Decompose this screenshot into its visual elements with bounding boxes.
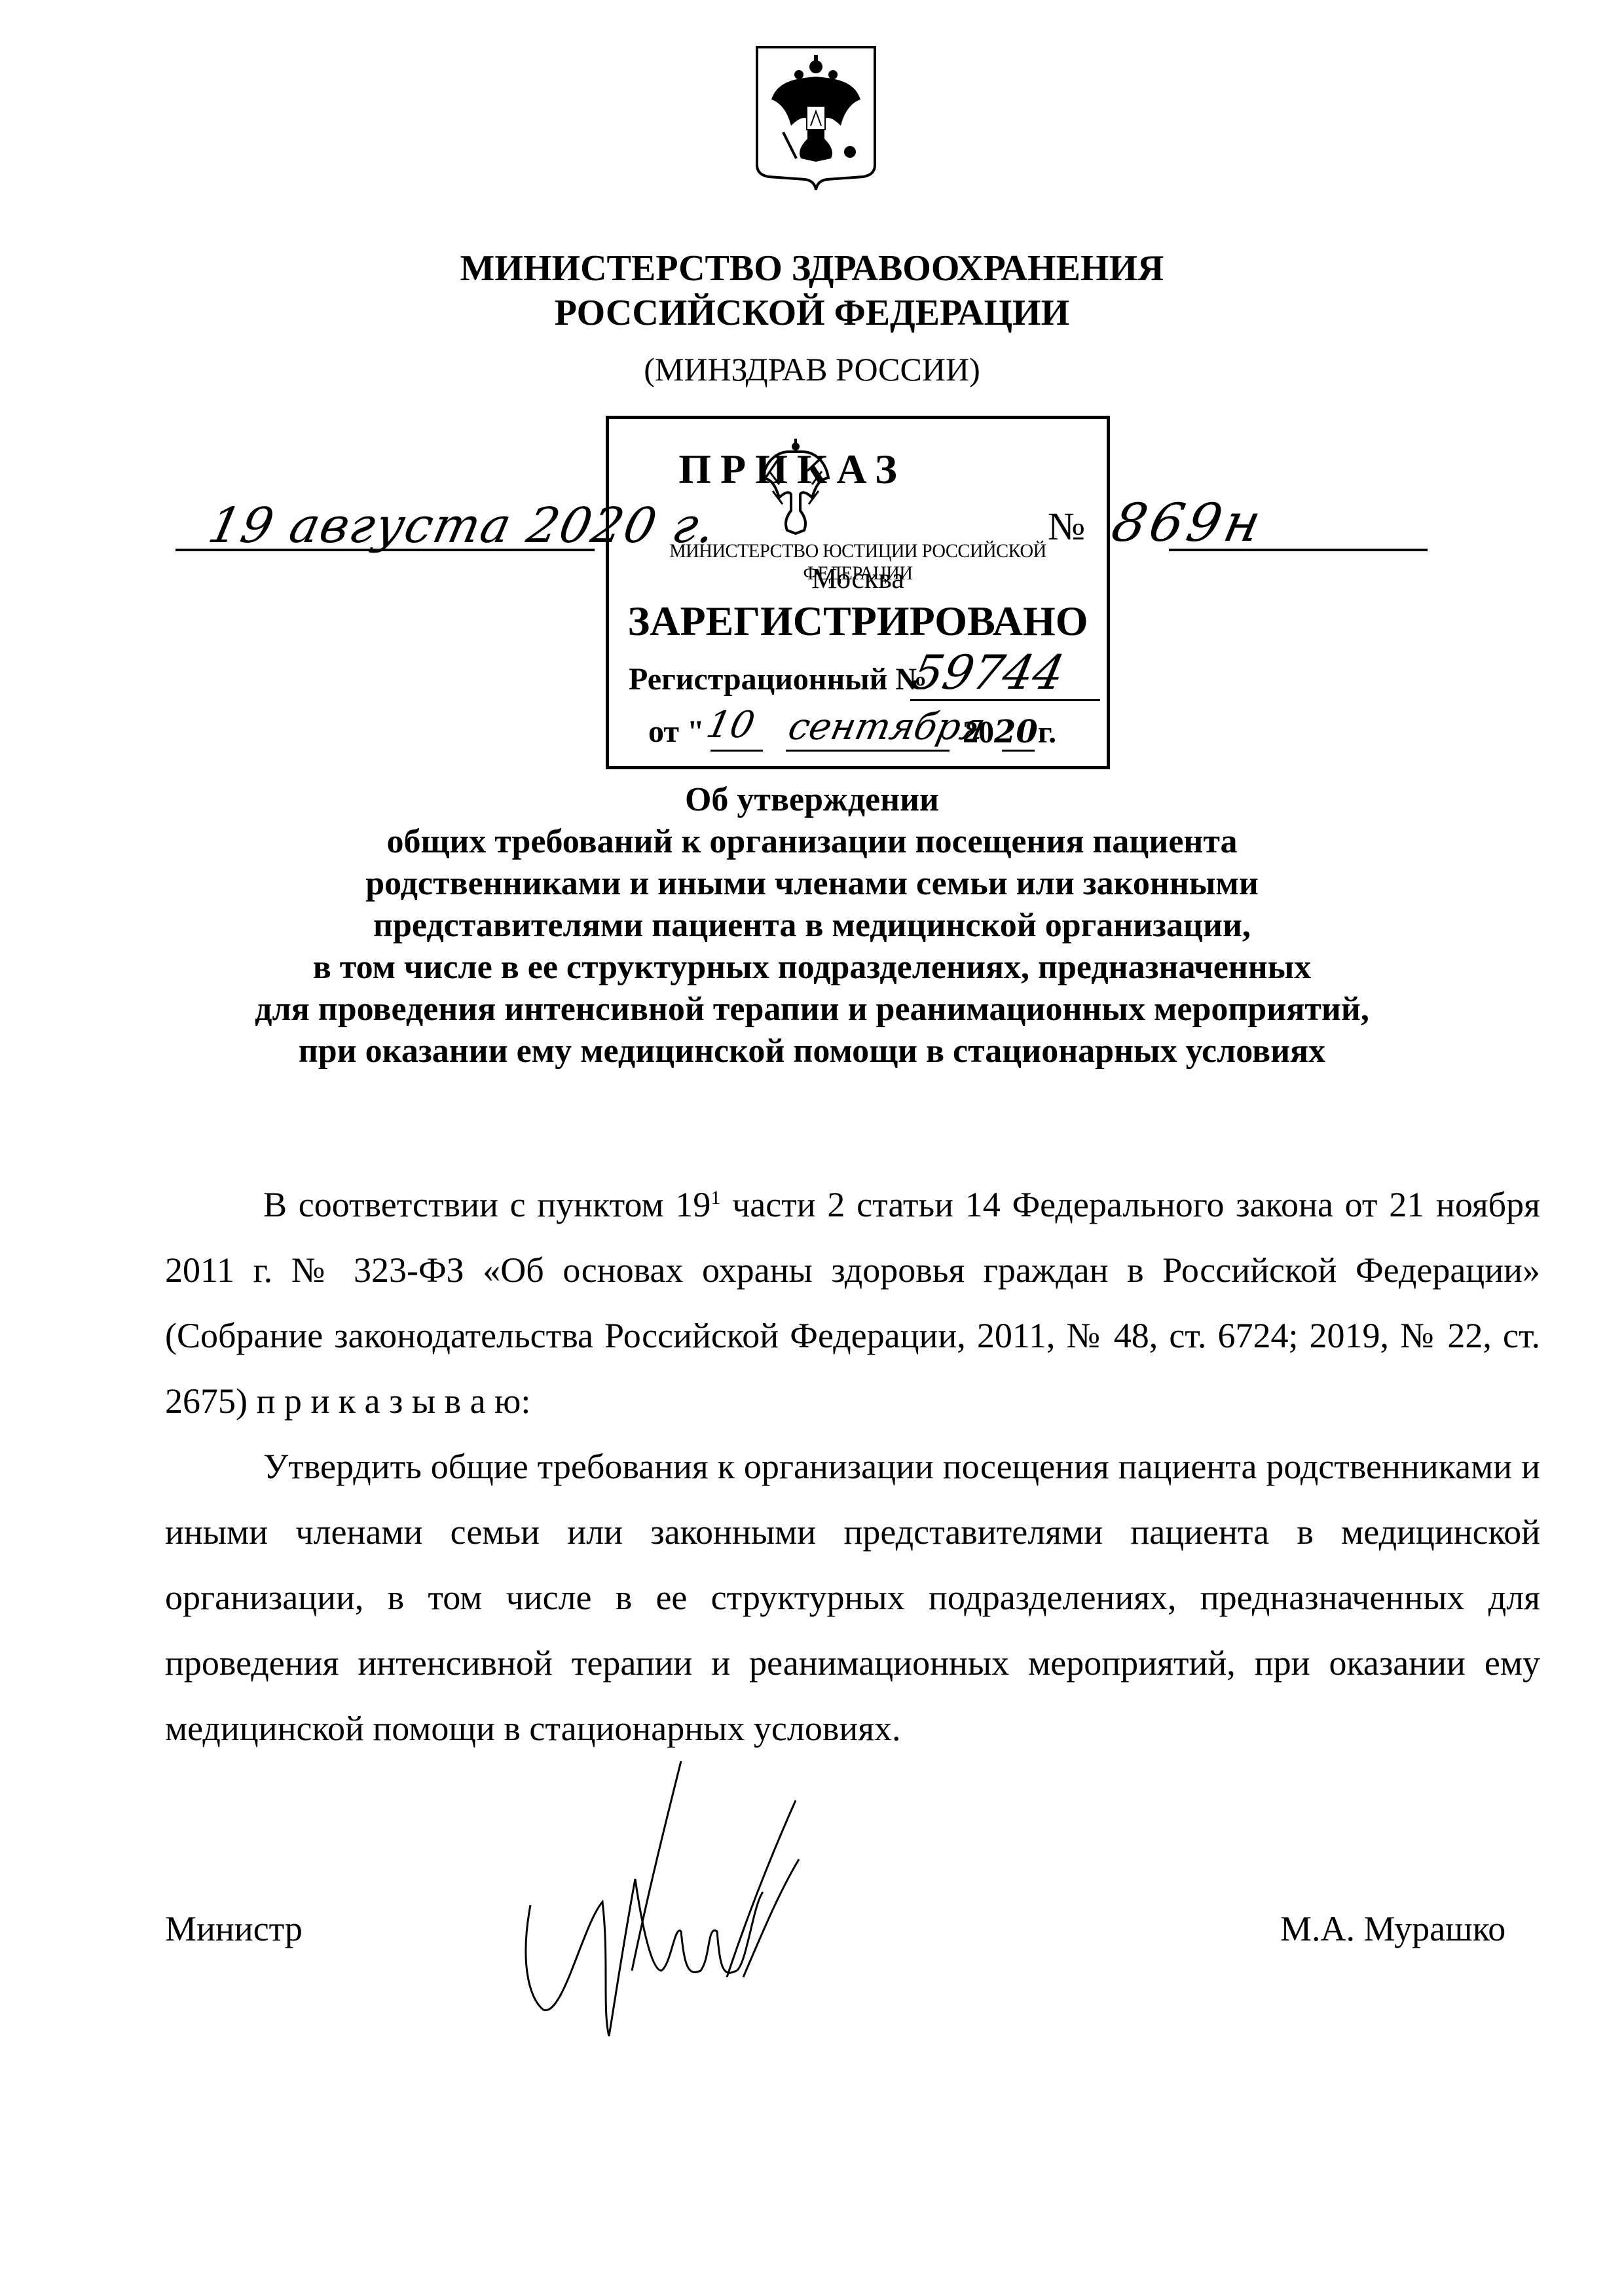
order-number-underline [1169,549,1428,551]
signature-icon [511,1761,877,2043]
body-paragraph-1: В соответствии с пунктом 191 части 2 ста… [165,1172,1540,1434]
title-line: для проведения интенсивной терапии и реа… [196,989,1428,1030]
para1-text-a: В соответствии с пунктом 19 [263,1185,710,1224]
organization-short-name: (МИНЗДРАВ РОССИИ) [0,350,1624,388]
stamp-eagle-icon [753,432,838,537]
stamp-year-g: г. [1038,715,1056,750]
title-line: представителями пациента в медицинской о… [196,905,1428,947]
signatory-role: Министр [165,1908,303,1949]
title-line: при оказании ему медицинской помощи в ст… [196,1030,1428,1072]
stamp-reg-number-label: Регистрационный № [629,661,927,697]
organization-name-line1: МИНИСТЕРСТВО ЗДРАВООХРАНЕНИЯ [0,246,1624,291]
stamp-city: Москва [609,562,1107,595]
stamp-reg-number: 59744 [908,645,1069,700]
stamp-year-underline [1002,750,1035,752]
para1-superscript: 1 [710,1187,720,1209]
stamp-year-prefix: 20 [963,715,994,750]
stamp-date-month: сентября [784,706,989,748]
organization-name-line2: РОССИЙСКОЙ ФЕДЕРАЦИИ [0,290,1624,336]
title-line: родственниками и иными членами семьи или… [196,863,1428,905]
stamp-year-suffix: 20 [994,714,1038,750]
document-title: Об утверждении общих требований к органи… [196,779,1428,1072]
stamp-day-underline [710,750,763,752]
order-number: 869н [1107,492,1270,553]
title-line: общих требований к организации посещения… [196,821,1428,863]
stamp-reg-number-underline [910,699,1100,701]
stamp-date-day: 10 [703,704,758,746]
title-line: в том числе в ее структурных подразделен… [196,947,1428,989]
title-line: Об утверждении [196,779,1428,821]
signatory-name: М.А. Мурашко [1280,1908,1505,1949]
stamp-date-year: 2020г. [963,714,1056,750]
coat-of-arms-icon [752,41,880,191]
stamp-month-underline [786,750,950,752]
stamp-date-prefix: от " [648,714,705,750]
stamp-status: ЗАРЕГИСТРИРОВАНО [609,597,1107,646]
body-paragraph-2: Утвердить общие требования к организации… [165,1434,1540,1761]
